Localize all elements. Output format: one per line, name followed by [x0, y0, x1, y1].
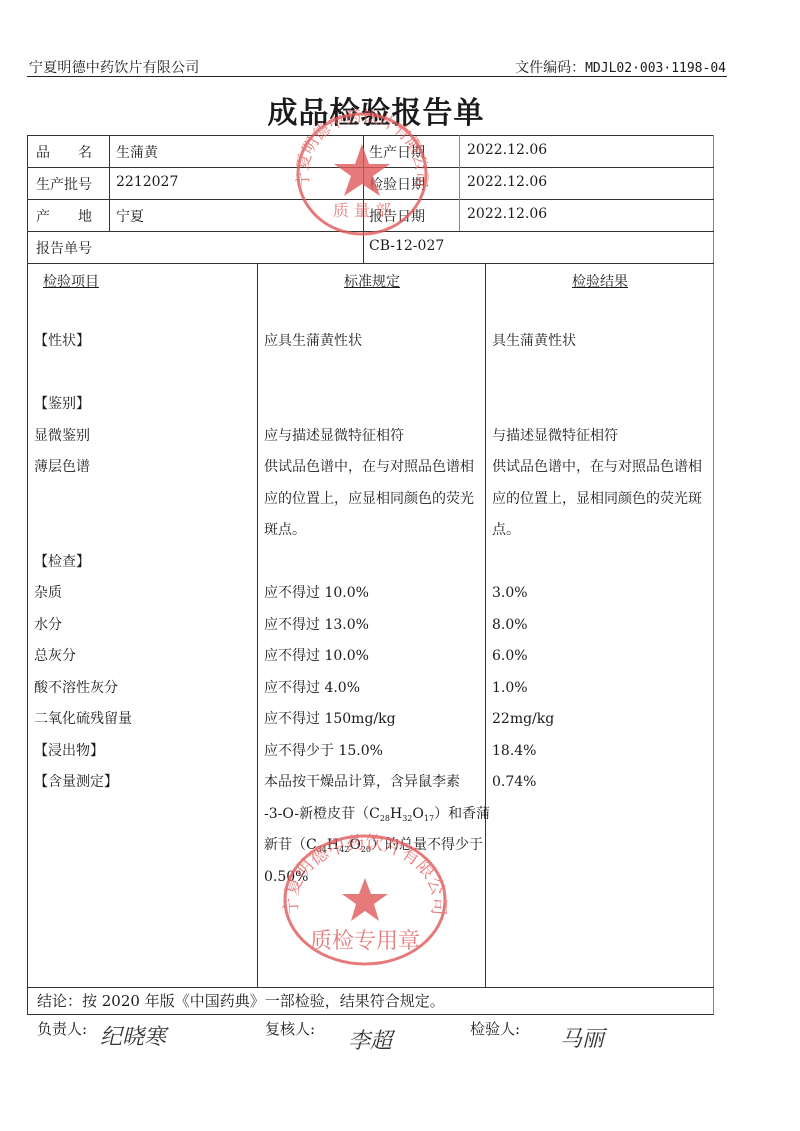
result-acid-insoluble-ash: 1.0% — [492, 673, 702, 705]
item-extract: 【浸出物】 — [34, 736, 132, 768]
result-assay: 0.74% — [492, 767, 702, 799]
product-name-label: 品 名 — [36, 142, 92, 162]
file-code: 文件编码：MDJL02·003·1198-04 — [515, 57, 726, 77]
company-name: 宁夏明德中药饮片有限公司 — [29, 57, 199, 77]
result-appearance: 具生蒲黄性状 — [492, 326, 702, 358]
standard-so2-residue: 应不得过 150mg/kg — [264, 704, 490, 736]
item-column: 【性状】 【鉴别】 显微鉴别 薄层色谱 【检查】 杂质 水分 总灰分 酸不溶性灰… — [34, 326, 132, 799]
standard-assay-2: -3-O-新橙皮苷（C28H32O17）和香蒲 — [264, 799, 490, 831]
item-impurity: 杂质 — [34, 578, 132, 610]
item-acid-insoluble-ash: 酸不溶性灰分 — [34, 673, 132, 705]
standard-tlc-2: 应的位置上，应显相同颜色的荧光 — [264, 484, 490, 516]
result-moisture: 8.0% — [492, 610, 702, 642]
reviewer-signature: 李超 — [348, 1024, 392, 1055]
inspection-date-label: 检验日期 — [369, 174, 425, 194]
responsible-signature: 纪晓寒 — [100, 1020, 166, 1051]
item-tlc: 薄层色谱 — [34, 452, 132, 484]
standard-assay-4: 0.50% — [264, 862, 490, 894]
standard-appearance: 应具生蒲黄性状 — [264, 326, 490, 358]
item-moisture: 水分 — [34, 610, 132, 642]
report-no-label: 报告单号 — [36, 238, 92, 258]
product-name-value: 生蒲黄 — [116, 142, 158, 162]
standard-microscopic: 应与描述显微特征相符 — [264, 421, 490, 453]
report-date-label: 报告日期 — [369, 206, 425, 226]
inspector-label: 检验人: — [470, 1018, 520, 1039]
standard-extract: 应不得少于 15.0% — [264, 736, 490, 768]
result-total-ash: 6.0% — [492, 641, 702, 673]
col-header-standard: 标准规定 — [258, 271, 486, 291]
origin-label: 产 地 — [36, 206, 92, 226]
standard-acid-insoluble-ash: 应不得过 4.0% — [264, 673, 490, 705]
conclusion: 结论：按 2020 年版《中国药典》一部检验，结果符合规定。 — [37, 990, 445, 1011]
result-tlc-3: 点。 — [492, 515, 702, 547]
production-date-value: 2022.12.06 — [467, 142, 547, 158]
result-column: 具生蒲黄性状 与描述显微特征相符 供试品色谱中，在与对照品色谱相 应的位置上，显… — [492, 326, 702, 799]
inspector-signature: 马丽 — [560, 1022, 604, 1053]
item-microscopic: 显微鉴别 — [34, 421, 132, 453]
reviewer-label: 复核人: — [265, 1018, 315, 1039]
standard-assay-1: 本品按干燥品计算，含异鼠李素 — [264, 767, 490, 799]
batch-value: 2212027 — [116, 174, 178, 190]
standard-tlc-3: 斑点。 — [264, 515, 490, 547]
standard-column: 应具生蒲黄性状 应与描述显微特征相符 供试品色谱中，在与对照品色谱相 应的位置上… — [264, 326, 490, 893]
origin-value: 宁夏 — [116, 206, 144, 226]
result-microscopic: 与描述显微特征相符 — [492, 421, 702, 453]
item-total-ash: 总灰分 — [34, 641, 132, 673]
item-identification: 【鉴别】 — [34, 389, 132, 421]
col-header-item: 检验项目 — [43, 271, 99, 291]
standard-tlc-1: 供试品色谱中，在与对照品色谱相 — [264, 452, 490, 484]
result-so2-residue: 22mg/kg — [492, 704, 702, 736]
report-no-value: CB-12-027 — [369, 238, 444, 254]
item-examination: 【检查】 — [34, 547, 132, 579]
item-appearance: 【性状】 — [34, 326, 132, 358]
result-tlc-2: 应的位置上，显相同颜色的荧光斑 — [492, 484, 702, 516]
standard-assay-3: 新苷（C34H42O20）的总量不得少于 — [264, 830, 490, 862]
file-code-label: 文件编码： — [515, 60, 585, 76]
file-code-value: MDJL02·003·1198-04 — [585, 61, 726, 76]
header-rule — [27, 76, 727, 77]
production-date-label: 生产日期 — [369, 142, 425, 162]
stamp-center-text: 质检专用章 — [310, 929, 420, 954]
responsible-label: 负责人: — [37, 1018, 87, 1039]
inspection-date-value: 2022.12.06 — [467, 174, 547, 190]
report-date-value: 2022.12.06 — [467, 206, 547, 222]
result-tlc-1: 供试品色谱中，在与对照品色谱相 — [492, 452, 702, 484]
item-so2-residue: 二氧化硫残留量 — [34, 704, 132, 736]
col-header-result: 检验结果 — [486, 271, 714, 291]
batch-label: 生产批号 — [36, 174, 92, 194]
standard-moisture: 应不得过 13.0% — [264, 610, 490, 642]
result-impurity: 3.0% — [492, 578, 702, 610]
standard-impurity: 应不得过 10.0% — [264, 578, 490, 610]
standard-total-ash: 应不得过 10.0% — [264, 641, 490, 673]
result-extract: 18.4% — [492, 736, 702, 768]
item-assay: 【含量测定】 — [34, 767, 132, 799]
page-title: 成品检验报告单 — [0, 88, 752, 132]
